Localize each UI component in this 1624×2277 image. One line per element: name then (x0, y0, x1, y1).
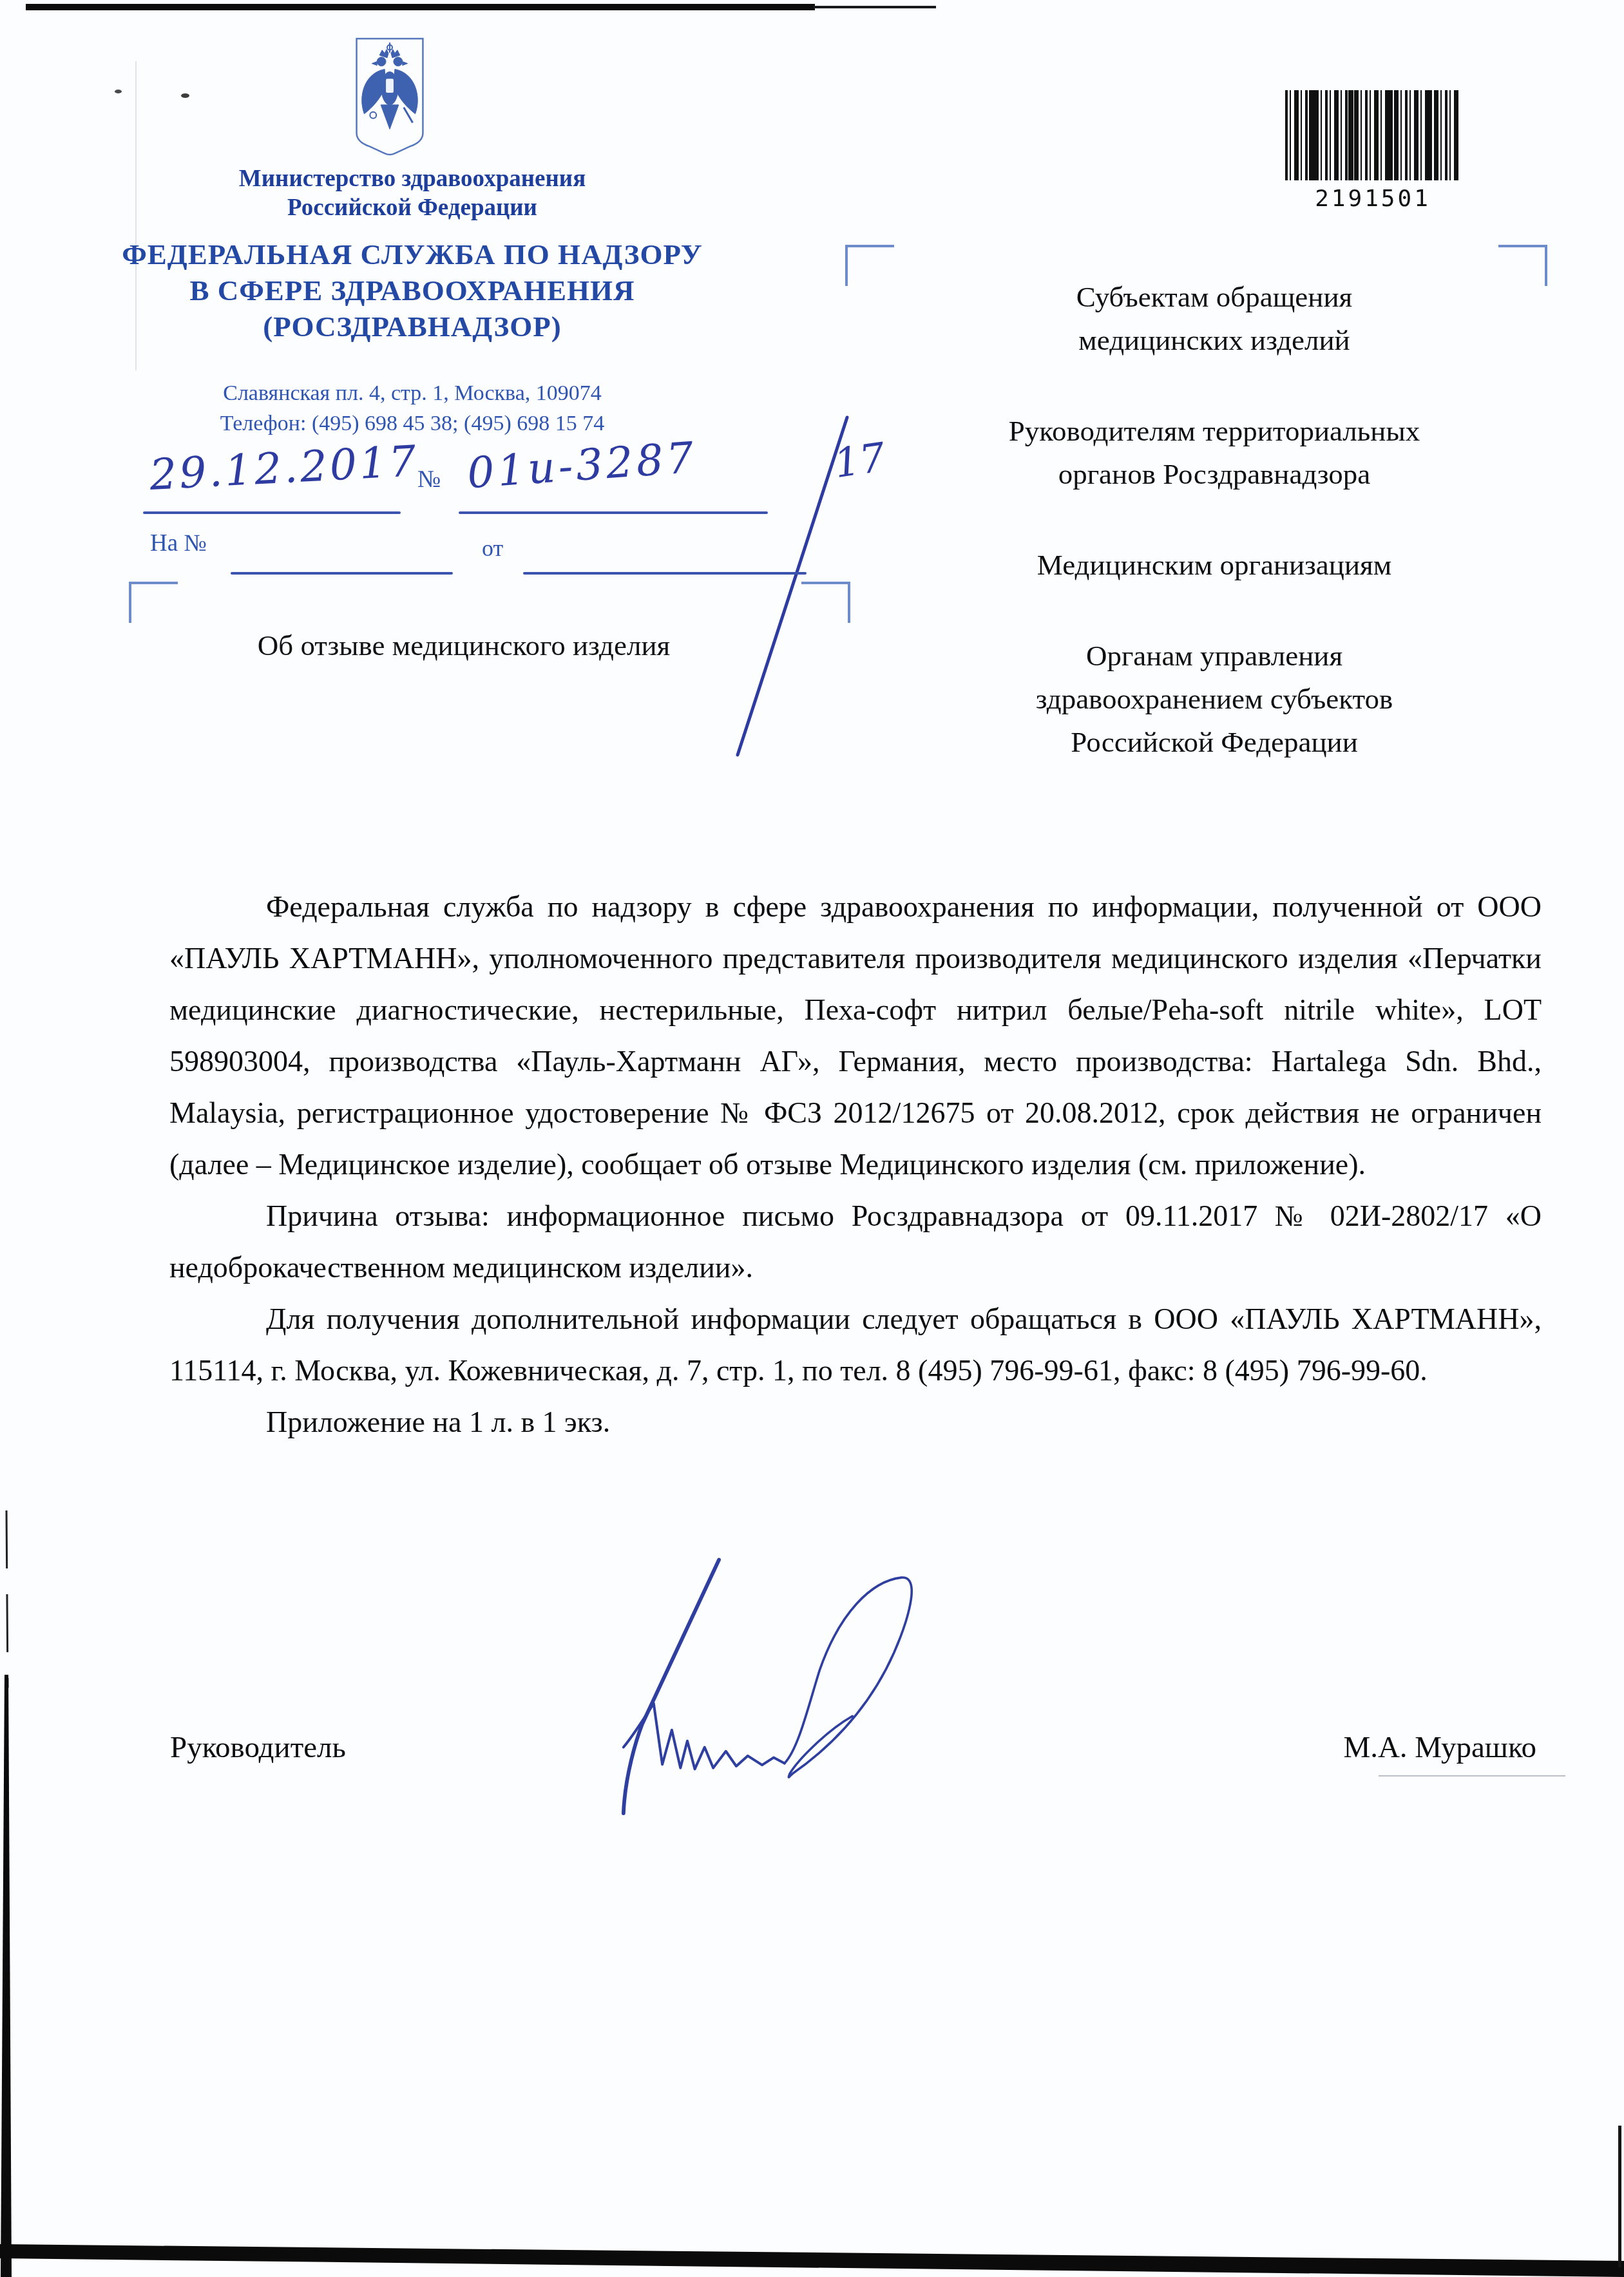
reply-number-label: На № (150, 529, 207, 557)
reply-from-label: от (482, 535, 503, 562)
scan-speck (115, 90, 122, 93)
service-name-line3: (РОСЗДРАВНАДЗОР) (110, 309, 715, 345)
signer-name: М.А. Мурашко (1343, 1730, 1536, 1765)
ministry-name-line1: Министерство здравоохранения (110, 164, 715, 193)
attachment-note: Приложение на 1 л. в 1 экз. (169, 1396, 1542, 1448)
date-underline (143, 511, 401, 514)
scanned-letter-page: Министерство здравоохранения Российской … (0, 0, 1624, 2277)
letterhead-phone: Телефон: (495) 698 45 38; (495) 698 15 7… (110, 408, 715, 439)
scan-speck (181, 93, 189, 98)
recipient-item: Медицинским организациям (963, 544, 1466, 587)
subject-line: Об отзыве медицинского изделия (116, 629, 812, 662)
body-paragraph-1: Федеральная служба по надзору в сфере зд… (169, 881, 1542, 1190)
service-name-line2: В СФЕРЕ ЗДРАВООХРАНЕНИЯ (110, 272, 715, 309)
reply-number-underline (231, 572, 453, 575)
body-paragraph-3: Для получения дополнительной информации … (169, 1293, 1542, 1396)
number-sign-label: № (417, 465, 441, 493)
signer-position: Руководитель (170, 1730, 346, 1765)
recipient-item: Руководителям территориальных органов Ро… (963, 410, 1466, 496)
scan-top-edge-line-thin (814, 6, 936, 8)
recipient-item: Субъектам обращения медицинских изделий (1034, 276, 1395, 362)
recipient-zone-corner-left (845, 245, 894, 286)
number-underline (459, 511, 768, 514)
reply-from-underline (523, 572, 807, 575)
barcode (1285, 90, 1460, 180)
handwritten-signature (612, 1546, 1063, 1965)
subject-zone-corner-left (129, 582, 178, 623)
service-name-line1: ФЕДЕРАЛЬНАЯ СЛУЖБА ПО НАДЗОРУ (110, 236, 715, 272)
letterhead: Министерство здравоохранения Российской … (110, 164, 715, 439)
scan-top-edge-line (26, 4, 815, 10)
recipient-item: Органам управления здравоохранением субъ… (1002, 634, 1427, 764)
ministry-name-line2: Российской Федерации (110, 193, 715, 222)
letter-body: Федеральная служба по надзору в сфере зд… (169, 881, 1542, 1448)
signer-name-underline (1379, 1775, 1565, 1777)
handwritten-date: 29.12.2017 (148, 436, 419, 500)
barcode-number: 2191501 (1285, 186, 1460, 212)
recipients-block: Субъектам обращения медицинских изделий … (908, 276, 1520, 764)
body-paragraph-2: Причина отзыва: информационное письмо Ро… (169, 1190, 1542, 1293)
handwritten-outgoing-number: 01и-3287 (466, 433, 698, 499)
letterhead-address: Славянская пл. 4, стр. 1, Москва, 109074 (110, 378, 715, 408)
subject-zone-corner-right (801, 582, 850, 623)
coat-of-arms-icon (351, 36, 428, 157)
